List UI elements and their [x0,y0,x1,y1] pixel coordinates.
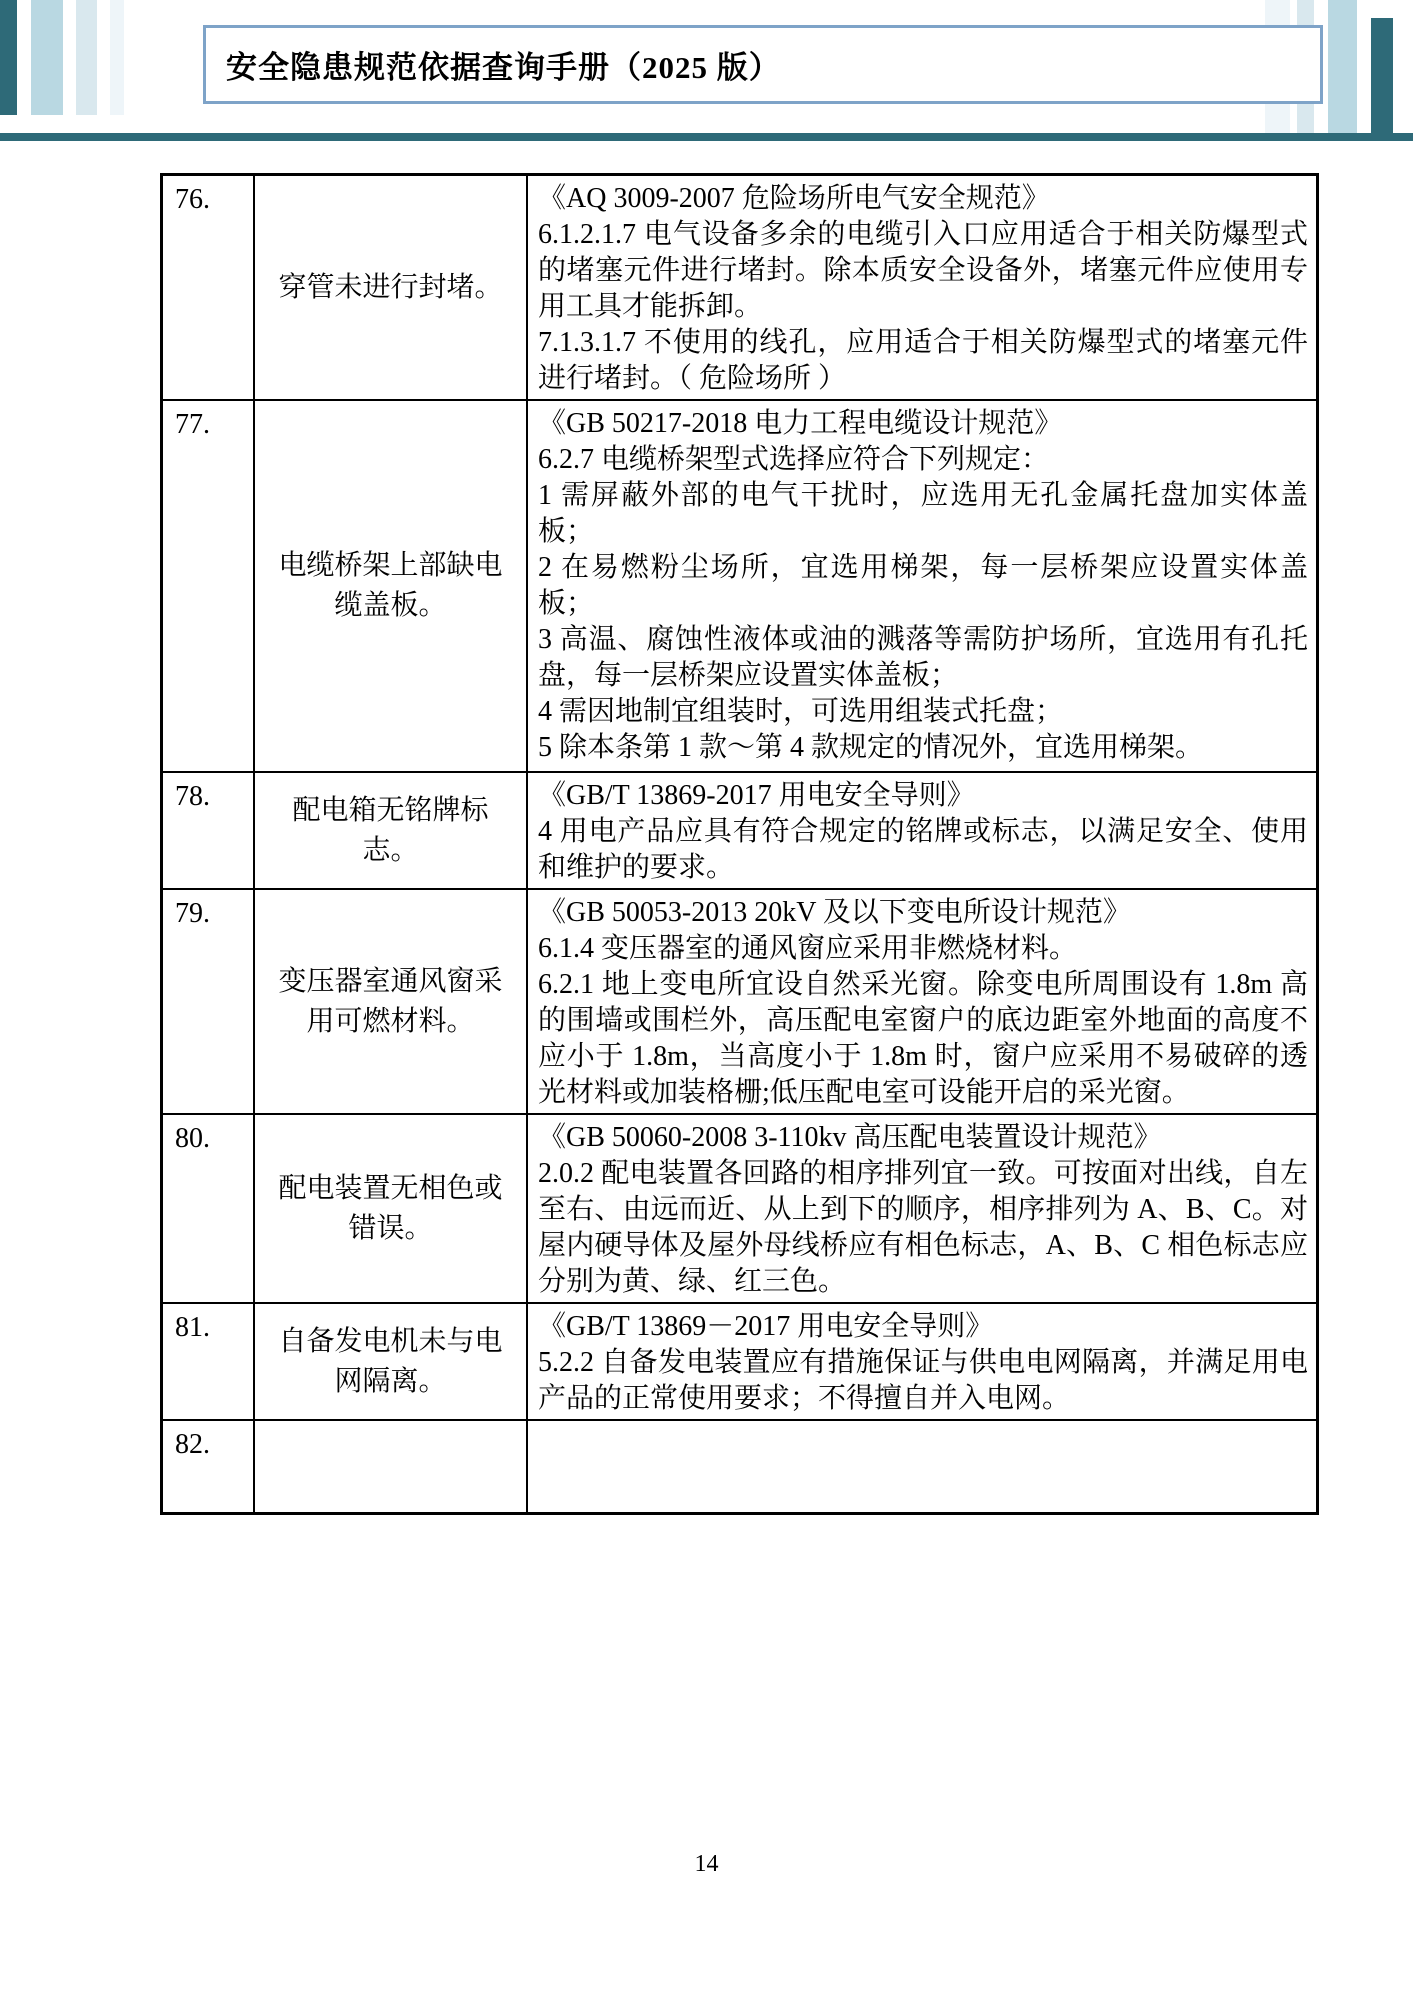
decor-bar-right-dark [1371,18,1393,141]
page-number: 14 [0,1851,1413,1878]
hazard-description: 配电装置无相色或错误。 [254,1114,527,1303]
row-number: 76. [162,175,255,401]
regulation-table: 76. 穿管未进行封堵。 《AQ 3009-2007 危险场所电气安全规范》 6… [160,173,1319,1515]
regulation-basis: 《GB 50060-2008 3-110kv 高压配电装置设计规范》 2.0.2… [527,1114,1318,1303]
regulation-basis [527,1420,1318,1513]
table-row: 76. 穿管未进行封堵。 《AQ 3009-2007 危险场所电气安全规范》 6… [162,175,1318,401]
row-number: 82. [162,1420,255,1513]
decor-bar-left-medium [31,0,63,115]
regulation-basis: 《GB/T 13869-2017 用电安全导则》 4 用电产品应具有符合规定的铭… [527,772,1318,889]
hazard-description: 变压器室通风窗采用可燃材料。 [254,889,527,1114]
decor-bar-left-pale [110,0,124,115]
regulation-basis: 《GB 50053-2013 20kV 及以下变电所设计规范》 6.1.4 变压… [527,889,1318,1114]
header-divider-rule [0,133,1413,141]
regulation-basis: 《GB/T 13869－2017 用电安全导则》 5.2.2 自备发电装置应有措… [527,1303,1318,1420]
page-header-title-box: 安全隐患规范依据查询手册（2025 版） [203,25,1323,104]
table-row: 78. 配电箱无铭牌标志。 《GB/T 13869-2017 用电安全导则》 4… [162,772,1318,889]
decor-bar-left-light [76,0,97,115]
row-number: 78. [162,772,255,889]
table-row: 81. 自备发电机未与电网隔离。 《GB/T 13869－2017 用电安全导则… [162,1303,1318,1420]
hazard-description: 穿管未进行封堵。 [254,175,527,401]
regulation-basis: 《GB 50217-2018 电力工程电缆设计规范》 6.2.7 电缆桥架型式选… [527,400,1318,772]
decor-bar-right-medium [1328,0,1357,136]
hazard-description: 自备发电机未与电网隔离。 [254,1303,527,1420]
hazard-description: 配电箱无铭牌标志。 [254,772,527,889]
table-row: 80. 配电装置无相色或错误。 《GB 50060-2008 3-110kv 高… [162,1114,1318,1303]
row-number: 77. [162,400,255,772]
page-title: 安全隐患规范依据查询手册（2025 版） [226,42,781,87]
row-number: 79. [162,889,255,1114]
row-number: 80. [162,1114,255,1303]
table-row: 82. [162,1420,1318,1513]
table-row: 77. 电缆桥架上部缺电缆盖板。 《GB 50217-2018 电力工程电缆设计… [162,400,1318,772]
hazard-description: 电缆桥架上部缺电缆盖板。 [254,400,527,772]
regulation-basis: 《AQ 3009-2007 危险场所电气安全规范》 6.1.2.1.7 电气设备… [527,175,1318,401]
document-page: 安全隐患规范依据查询手册（2025 版） 76. 穿管未进行封堵。 《AQ 30… [0,0,1413,2000]
row-number: 81. [162,1303,255,1420]
hazard-description [254,1420,527,1513]
table-row: 79. 变压器室通风窗采用可燃材料。 《GB 50053-2013 20kV 及… [162,889,1318,1114]
decor-bar-left-dark [0,0,17,115]
